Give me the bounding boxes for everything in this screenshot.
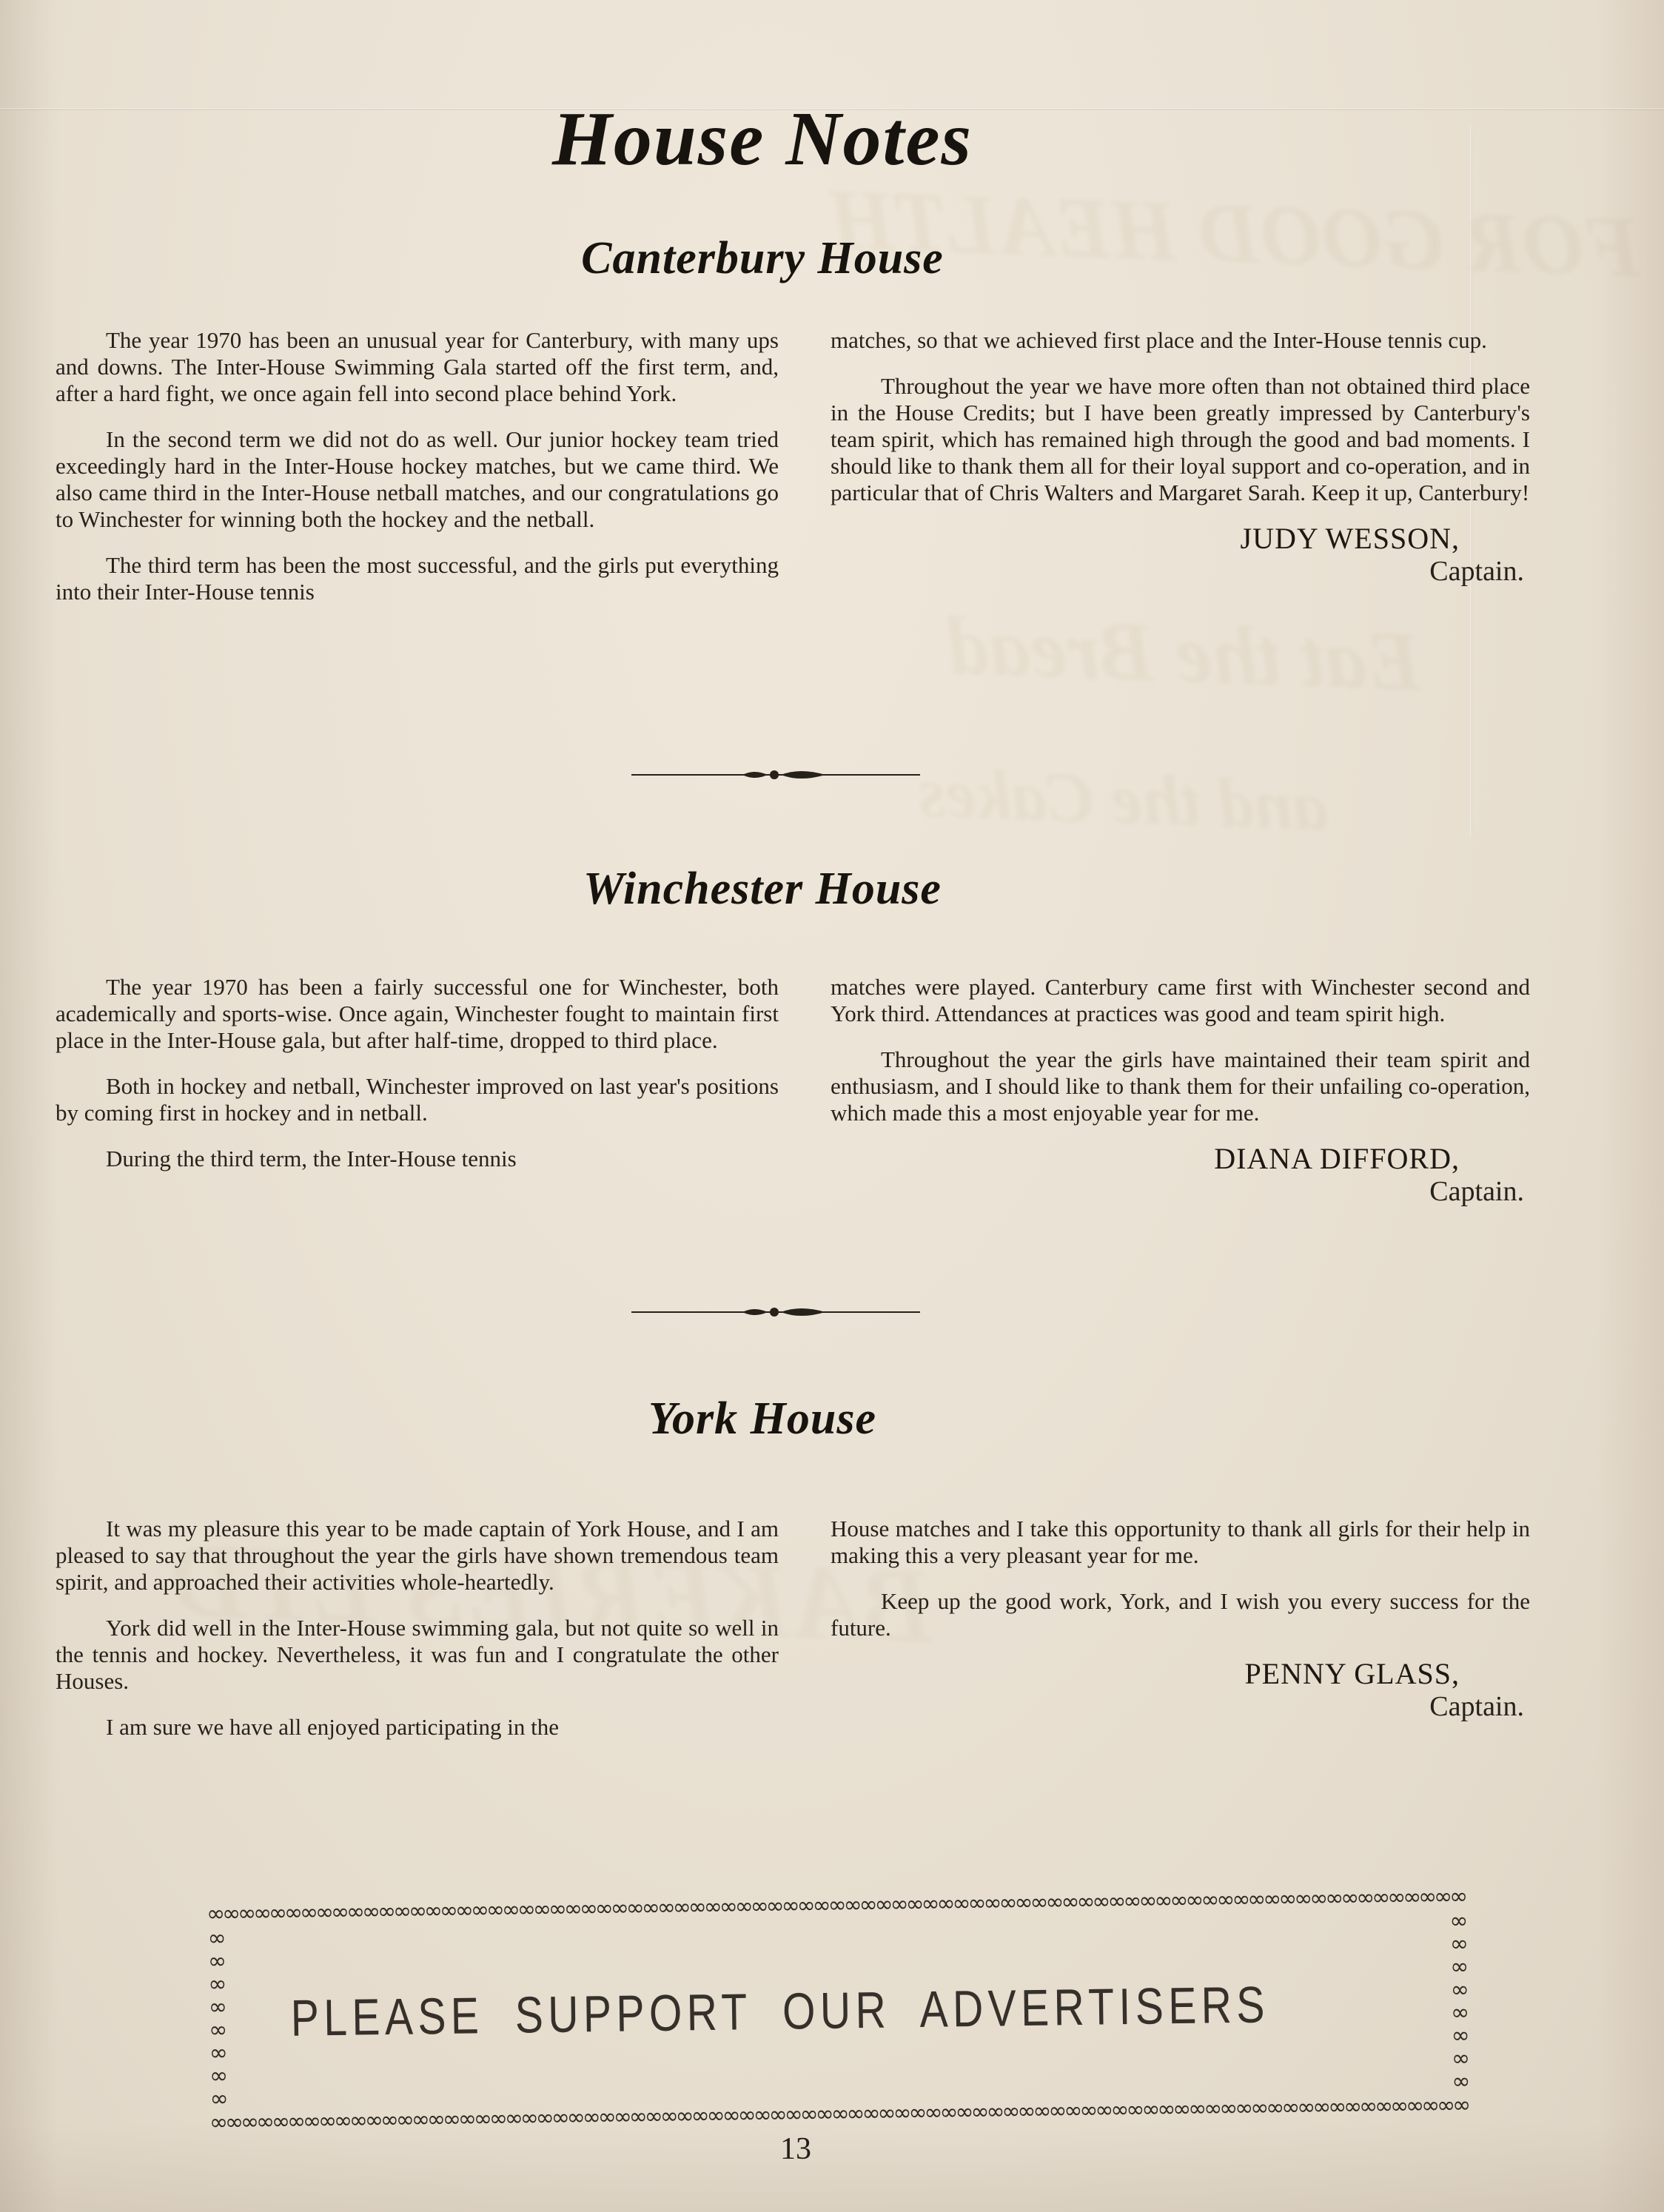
advertisers-message: PLEASE SUPPORT OUR ADVERTISERS — [257, 1879, 1419, 2142]
signature-block: PENNY GLASS, Captain. — [831, 1661, 1530, 1720]
signature-name: PENNY GLASS, — [831, 1661, 1530, 1687]
paragraph: The year 1970 has been an unusual year f… — [56, 327, 779, 407]
section-divider — [631, 764, 920, 786]
signature-block: DIANA DIFFORD, Captain. — [831, 1146, 1530, 1205]
section-body-york: It was my pleasure this year to be made … — [56, 1516, 1530, 1760]
signature-role: Captain. — [831, 1178, 1530, 1205]
york-left-column: It was my pleasure this year to be made … — [56, 1516, 779, 1760]
paragraph: I am sure we have all enjoyed participat… — [56, 1714, 779, 1741]
chain-border-right: ∞∞∞∞∞∞∞∞∞∞∞∞∞∞∞∞ — [1447, 1908, 1471, 2096]
page-title: House Notes — [0, 95, 1525, 183]
section-heading-winchester: Winchester House — [0, 863, 1525, 915]
paragraph: The third term has been the most success… — [56, 552, 779, 605]
section-heading-york: York House — [0, 1393, 1525, 1445]
section-body-winchester: The year 1970 has been a fairly successf… — [56, 974, 1530, 1205]
paragraph: matches were played. Canterbury came fir… — [831, 974, 1530, 1027]
canterbury-left-column: The year 1970 has been an unusual year f… — [56, 327, 779, 625]
signature-name: JUDY WESSON, — [831, 525, 1530, 552]
paragraph: House matches and I take this opportunit… — [831, 1516, 1530, 1569]
section-heading-canterbury: Canterbury House — [0, 232, 1525, 285]
signature-block: JUDY WESSON, Captain. — [831, 525, 1530, 585]
paragraph: It was my pleasure this year to be made … — [56, 1516, 779, 1596]
signature-role: Captain. — [831, 558, 1530, 585]
winchester-right-column: matches were played. Canterbury came fir… — [831, 974, 1530, 1205]
canterbury-right-column: matches, so that we achieved first place… — [831, 327, 1530, 625]
paragraph: In the second term we did not do as well… — [56, 426, 779, 533]
paragraph: Both in hockey and netball, Winchester i… — [56, 1073, 779, 1126]
advertisers-box: ∞∞∞∞∞∞∞∞∞∞∞∞∞∞∞∞∞∞∞∞∞∞∞∞∞∞∞∞∞∞∞∞∞∞∞∞∞∞∞∞… — [207, 1892, 1469, 2130]
paragraph: The year 1970 has been a fairly successf… — [56, 974, 779, 1054]
section-body-canterbury: The year 1970 has been an unusual year f… — [56, 327, 1530, 625]
winchester-left-column: The year 1970 has been a fairly successf… — [56, 974, 779, 1205]
ghost-bleedthrough-text: and the Cakes — [916, 751, 1329, 847]
page-number: 13 — [0, 2131, 1591, 2167]
magazine-page: FOR GOOD HEALTH Eat the Bread and the Ca… — [0, 0, 1664, 2212]
york-right-column: House matches and I take this opportunit… — [831, 1516, 1530, 1760]
chain-border-left: ∞∞∞∞∞∞∞∞∞∞∞∞∞∞∞∞ — [205, 1926, 229, 2114]
paragraph: Throughout the year we have more often t… — [831, 373, 1530, 506]
paragraph: Keep up the good work, York, and I wish … — [831, 1588, 1530, 1641]
signature-name: DIANA DIFFORD, — [831, 1146, 1530, 1172]
paragraph: During the third term, the Inter-House t… — [56, 1146, 779, 1172]
section-divider — [631, 1301, 920, 1323]
paragraph: Throughout the year the girls have maint… — [831, 1046, 1530, 1126]
signature-role: Captain. — [831, 1693, 1530, 1720]
paragraph: York did well in the Inter-House swimmin… — [56, 1615, 779, 1695]
paragraph: matches, so that we achieved first place… — [831, 327, 1530, 354]
